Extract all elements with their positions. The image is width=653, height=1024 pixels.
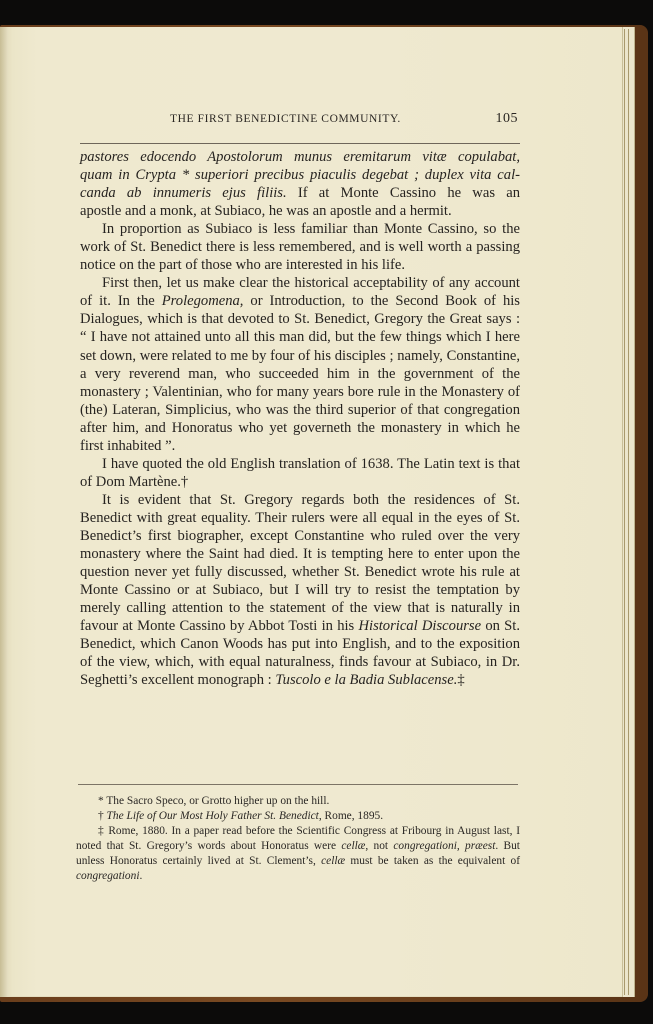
running-header: The First Benedictine Community. 105 (80, 111, 520, 131)
paragraph-translation: I have quoted the old English translatio… (80, 455, 520, 491)
footnote-2-rest: , Rome, 1895. (319, 810, 383, 822)
latin-quote-line-1: pastores edocendo Apostolorum munus erem… (80, 148, 520, 166)
footnote-3-text-d: must be taken as the equivalent of (345, 855, 520, 867)
footnote-2: † The Life of Our Most Holy Father St. B… (98, 809, 520, 824)
historical-discourse-title: Historical Discourse (358, 618, 481, 634)
header-rule (80, 143, 520, 144)
page-gutter (0, 27, 8, 997)
prolegomena-title: Prolegomena, (162, 293, 244, 309)
latin-quote-line-2: quam in Crypta * superiori precibus piac… (80, 166, 520, 184)
paragraph-subiaco: In proportion as Subiaco is less familia… (80, 220, 520, 274)
main-text: pastores edocendo Apostolorum munus erem… (80, 148, 520, 689)
footnote-mark-double-dagger: ‡ (457, 672, 464, 688)
life-of-benedict-title: The Life of Our Most Holy Father St. Ben… (107, 810, 319, 822)
paragraph-residences: It is evident that St. Gregory regards b… (80, 491, 520, 690)
latin-quote-line-3: canda ab innumeris ejus filiis. (80, 185, 287, 201)
footnotes: * The Sacro Speco, or Grotto higher up o… (76, 794, 520, 885)
footnote-2-mark: † (98, 810, 107, 822)
footnote-3: ‡ Rome, 1880. In a paper read before the… (76, 824, 520, 884)
paragraph-prolegomena: First then, let us make clear the histor… (80, 274, 520, 454)
tuscolo-title: Tuscolo e la Badia Sublacense. (275, 672, 457, 688)
paragraph-latin-continuation: pastores edocendo Apostolorum munus erem… (80, 148, 520, 220)
footnote-3-text-e: . (139, 870, 142, 882)
footnote-1: * The Sacro Speco, or Grotto higher up o… (98, 794, 520, 809)
footnote-3-italic-2: congregationi, præest (393, 840, 495, 852)
paragraph-1-text-b: apostle and a monk, at Subiaco, he was a… (80, 202, 520, 220)
footnote-rule (78, 784, 518, 785)
paragraph-5-text-a: It is evident that St. Gregory regards b… (80, 492, 520, 634)
paragraph-1-text-a: If at Monte Cassino he was an (287, 185, 520, 201)
footnote-3-italic-3: cellæ (321, 855, 345, 867)
paragraph-3-text-b: or Introduction, to the Second Book of h… (80, 293, 520, 453)
page-number: 105 (496, 111, 519, 127)
running-title: The First Benedictine Community. (170, 113, 401, 125)
footnote-3-italic-1: cellæ (341, 840, 365, 852)
footnote-3-italic-4: congregationi (76, 870, 139, 882)
footnote-3-text-b: , not (365, 840, 393, 852)
